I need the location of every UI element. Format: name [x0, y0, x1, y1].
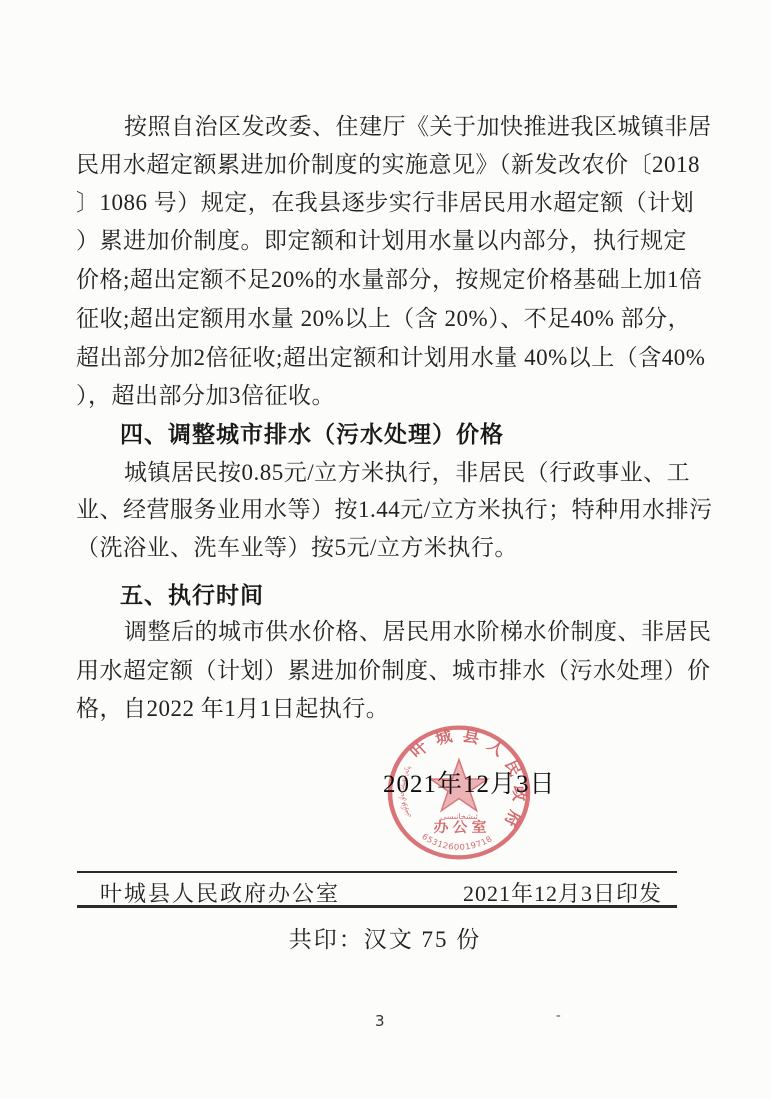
svg-text:يەكەن ناھىيىلىك خەلق ھۆكۈمىتى: يەكەن ناھىيىلىك خەلق ھۆكۈمىتى	[397, 764, 413, 820]
footer-rule-bottom	[77, 905, 677, 908]
body-line: （洗浴业、洗车业等）按5元/立方米执行。	[76, 533, 674, 563]
section-heading-4: 四、调整城市排水（污水处理）价格	[120, 419, 504, 449]
body-line: 超出部分加2倍征收;超出定额和计划用水量 40%以上（含40%	[76, 343, 674, 373]
body-line: 格，自2022 年1月1日起执行。	[76, 694, 674, 724]
footer-print-date: 2021年12月3日印发	[463, 877, 662, 908]
body-line: 调整后的城市供水价格、居民用水阶梯水价制度、非居民	[124, 617, 674, 647]
seal-arc-text-uyghur: يەكەن ناھىيىلىك خەلق ھۆكۈمىتى	[397, 764, 413, 820]
body-line: 业、经营服务业用水等）按1.44元/立方米执行；特种用水排污	[76, 495, 674, 525]
footer-rule-top	[77, 871, 677, 873]
body-line: 按照自治区发改委、住建厅《关于加快推进我区城镇非居	[124, 112, 674, 142]
official-seal: 叶城县人民政府 يەكەن ناھىيىلىك خەلق ھۆكۈمىتى ئى…	[384, 722, 534, 863]
page-dash-mark: -	[556, 1008, 561, 1024]
body-line: ）累进加价制度。即定额和计划用水量以内部分，执行规定	[76, 226, 674, 256]
body-line: 征收;超出定额用水量 20%以上（含 20%）、不足40% 部分，	[76, 304, 674, 334]
seal-star-icon	[431, 760, 488, 811]
body-line: ），超出部分加3倍征收。	[76, 381, 674, 411]
body-line: 用水超定额（计划）累进加价制度、城市排水（污水处理）价	[76, 656, 674, 686]
body-line: 〕1086 号）规定，在我县逐步实行非居民用水超定额（计划	[76, 188, 674, 218]
body-line: 价格;超出定额不足20%的水量部分，按规定价格基础上加1倍	[76, 265, 674, 295]
body-line: 城镇居民按0.85元/立方米执行，非居民（行政事业、工	[124, 458, 674, 488]
body-line: 民用水超定额累进加价制度的实施意见》（新发改农价〔2018	[76, 150, 674, 180]
footer-issuer: 叶城县人民政府办公室	[100, 877, 340, 908]
page-number: 3	[375, 1012, 385, 1030]
section-heading-5: 五、执行时间	[120, 580, 264, 610]
footer-copies: 共印：汉文 75 份	[0, 921, 770, 954]
seal-office-label: 办公室	[434, 818, 491, 835]
scanned-document-page: 按照自治区发改委、住建厅《关于加快推进我区城镇非居 民用水超定额累进加价制度的实…	[0, 0, 770, 1099]
